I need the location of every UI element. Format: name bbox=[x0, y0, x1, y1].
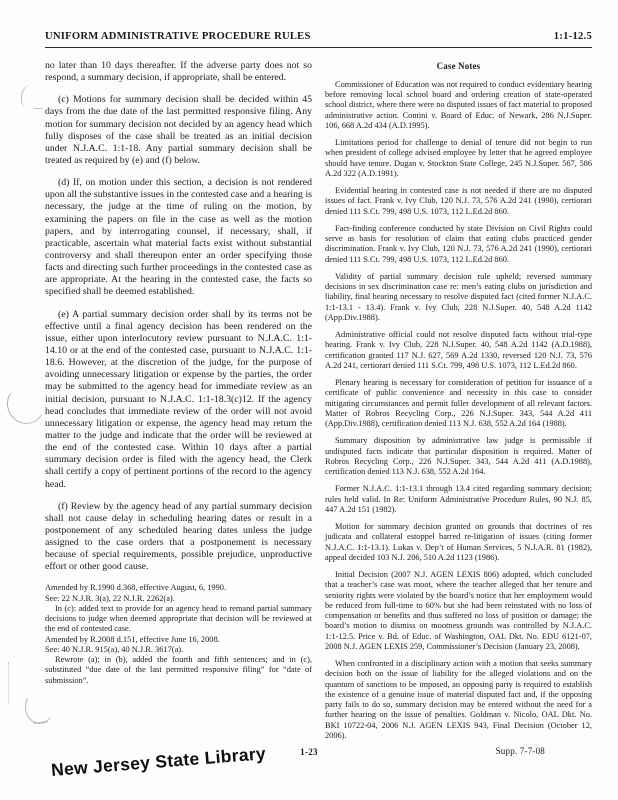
two-column-body: no later than 10 days thereafter. If the… bbox=[45, 60, 592, 748]
section-number: 1:1-12.5 bbox=[554, 31, 592, 42]
case-note: Limitations period for challenge to deni… bbox=[325, 138, 592, 179]
case-note: Former N.J.A.C. 1:1-13.1 through 13.4 ci… bbox=[325, 484, 592, 515]
amendment-note: See: 40 N.J.R. 915(a), 40 N.J.R. 3617(a)… bbox=[45, 645, 312, 655]
paragraph-d: (d) If, on motion under this section, a … bbox=[45, 177, 312, 298]
case-note: Evidential hearing in contested case is … bbox=[325, 186, 592, 217]
case-note: Summary disposition by administrative la… bbox=[325, 436, 592, 477]
paragraph-continuation: no later than 10 days thereafter. If the… bbox=[45, 60, 312, 84]
scan-artifact bbox=[8, 662, 9, 704]
page-header: UNIFORM ADMINISTRATIVE PROCEDURE RULES 1… bbox=[45, 31, 592, 48]
margin-pen-mark bbox=[19, 84, 38, 109]
scanned-document-page: UNIFORM ADMINISTRATIVE PROCEDURE RULES 1… bbox=[0, 0, 618, 800]
case-note: Plenary hearing is necessary for conside… bbox=[325, 378, 592, 429]
amendment-note: In (c): added text to provide for an age… bbox=[45, 604, 312, 635]
case-notes-heading: Case Notes bbox=[325, 61, 592, 72]
amendment-history: Amended by R.1990 d.368, effective Augus… bbox=[45, 583, 312, 686]
amendment-note: Amended by R.2008 d.151, effective June … bbox=[45, 635, 312, 645]
margin-pen-mark bbox=[3, 380, 48, 427]
supplement-date: Supp. 7-7-08 bbox=[496, 746, 545, 756]
right-column: Case Notes Commissioner of Education was… bbox=[325, 60, 592, 748]
left-column: no later than 10 days thereafter. If the… bbox=[45, 60, 312, 748]
case-note: Fact-finding conference conducted by sta… bbox=[325, 224, 592, 265]
case-note: Validity of partial summary decision rul… bbox=[325, 272, 592, 323]
case-note: Administrative official could not resolv… bbox=[325, 330, 592, 371]
amendment-note: Rewrote (a); in (b), added the fourth an… bbox=[45, 655, 312, 686]
amendment-note: See: 22 N.J.R. 3(a), 22 N.J.R. 2262(a). bbox=[45, 594, 312, 604]
case-note: Initial Decision (2007 N.J. AGEN LEXIS 8… bbox=[325, 570, 592, 652]
document-title: UNIFORM ADMINISTRATIVE PROCEDURE RULES bbox=[45, 31, 311, 42]
paragraph-e: (e) A partial summary decision order sha… bbox=[45, 309, 312, 491]
paragraph-c: (c) Motions for summary decision shall b… bbox=[45, 94, 312, 167]
case-note: Commissioner of Education was not requir… bbox=[325, 80, 592, 131]
case-note: Motion for summary decision granted on g… bbox=[325, 522, 592, 563]
amendment-note: Amended by R.1990 d.368, effective Augus… bbox=[45, 583, 312, 593]
paragraph-f: (f) Review by the agency head of any par… bbox=[45, 501, 312, 574]
case-note: When confronted in a disciplinary action… bbox=[325, 659, 592, 741]
margin-pen-mark bbox=[34, 108, 43, 109]
